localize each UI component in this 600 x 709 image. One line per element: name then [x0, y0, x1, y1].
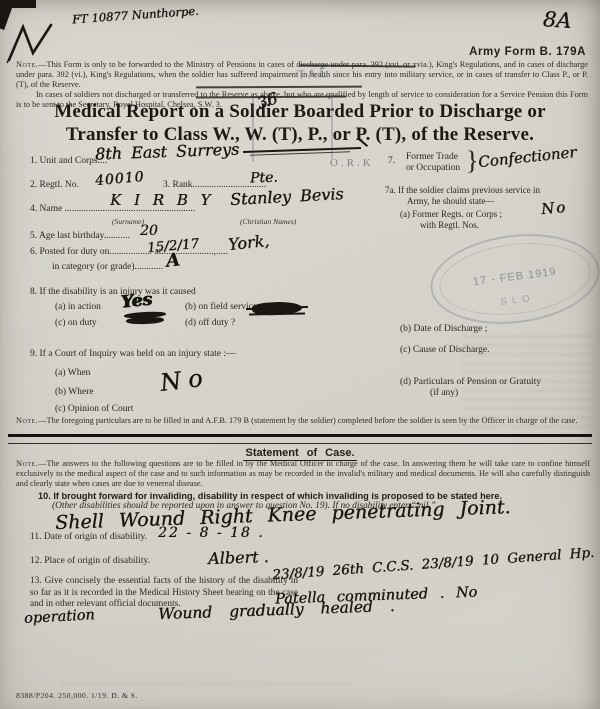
court-where-label: (b) Where — [55, 387, 94, 397]
christian-names-sublabel: (Christian Names) — [240, 217, 296, 226]
ink-smudge — [60, 676, 350, 685]
trade-label-line2: or Occupation — [406, 163, 460, 173]
note-label: Note. — [16, 459, 38, 468]
date-stamp: 17 - FEB 1919 SLO — [425, 225, 600, 333]
print-code: 8388/P204. 250,000. 1/19. D. & S. — [16, 691, 138, 700]
former-regts-value: No — [540, 198, 568, 218]
with-regtl-nos-label: with Regtl. Nos. — [420, 220, 479, 230]
injury-in-action-value: Yes — [120, 289, 153, 312]
court-opinion-label: (c) Opinion of Court — [55, 404, 133, 414]
court-when-label: (a) When — [55, 368, 90, 378]
pension-if-any-label: (if any) — [430, 388, 458, 398]
court-where-value: No — [158, 363, 210, 397]
former-regts-label: (a) Former Regts. or Corps ; — [400, 209, 502, 219]
field-rank-value: Pte. — [250, 170, 278, 187]
field-surname-value: K I R B Y — [110, 191, 214, 209]
statement-note: Note.—The answers to the following quest… — [16, 459, 590, 489]
previous-service-line1: 7a. If the soldier claims previous servi… — [385, 185, 540, 195]
scribble-stroke — [249, 313, 305, 316]
field-injury-cause-label: 8. If the disability is an injury was it… — [30, 287, 196, 297]
brace-glyph: } — [466, 146, 478, 176]
stamp-fragment: TAL — [297, 65, 331, 82]
stamp-border-line — [331, 92, 333, 158]
reference-annotation: FT 10877 Nunthorpe. — [72, 4, 199, 27]
field-regtl-no-label: 2. Regtl. No. — [30, 180, 79, 190]
unit-stamp: O.R.K — [330, 157, 374, 169]
injury-in-action-label: (a) in action — [55, 302, 101, 312]
note-label: Note. — [16, 60, 38, 69]
statement-note-text: —The answers to the following questions … — [16, 459, 590, 488]
form-title-line2: Transfer to Class W., W. (T), P., or P. … — [0, 124, 600, 146]
date-origin-value: 22 - 8 - 18 . — [158, 525, 265, 541]
trade-value: Confectioner — [477, 143, 577, 171]
pen-mark — [6, 22, 58, 64]
field-regtl-no-value: 40010 — [94, 169, 145, 189]
trade-label-line1: Former Trade — [406, 152, 458, 162]
history-value-line3a: operation — [24, 607, 95, 627]
field-posted-place-value: York, — [227, 231, 270, 254]
ink-blot — [126, 316, 164, 324]
stamp-border-line — [252, 94, 254, 162]
injury-field-service-label: (b) on field service — [185, 302, 257, 312]
scanned-form-page: FT 10877 Nunthorpe. 8A Army Form B. 179A… — [0, 0, 600, 709]
place-origin-label: 12. Place of origin of disability. — [30, 556, 150, 566]
field-age-value: 20 — [140, 223, 158, 239]
page-mark-annotation: 8A — [542, 7, 572, 33]
court-inquiry-label: 9. If a Court of Inquiry was held on an … — [30, 349, 236, 359]
ink-bleedthrough — [462, 330, 594, 428]
injury-off-duty-label: (d) off duty ? — [185, 318, 235, 328]
field-category-label: in category (or grade)............ — [52, 262, 163, 272]
trade-number: 7. — [388, 156, 395, 166]
note-label: Note. — [16, 416, 38, 425]
field-category-value: A — [165, 249, 181, 271]
form-title-line1: Medical Report on a Soldier Boarded Prio… — [0, 101, 600, 123]
date-origin-label: 11. Date of origin of disability. — [30, 532, 147, 542]
previous-service-line2: Army, he should state— — [407, 196, 494, 206]
history-value-line1: 23/8/19 26th C.C.S. 23/8/19 10 General H… — [272, 545, 595, 583]
form-number: Army Form B. 179A — [469, 46, 586, 58]
field-age-label: 5. Age last birthday........... — [30, 231, 130, 241]
place-origin-value: Albert . — [208, 547, 269, 568]
injury-on-duty-label: (c) on duty — [55, 318, 97, 328]
field-unit-corps-value: 8th East Surreys — [95, 139, 240, 163]
